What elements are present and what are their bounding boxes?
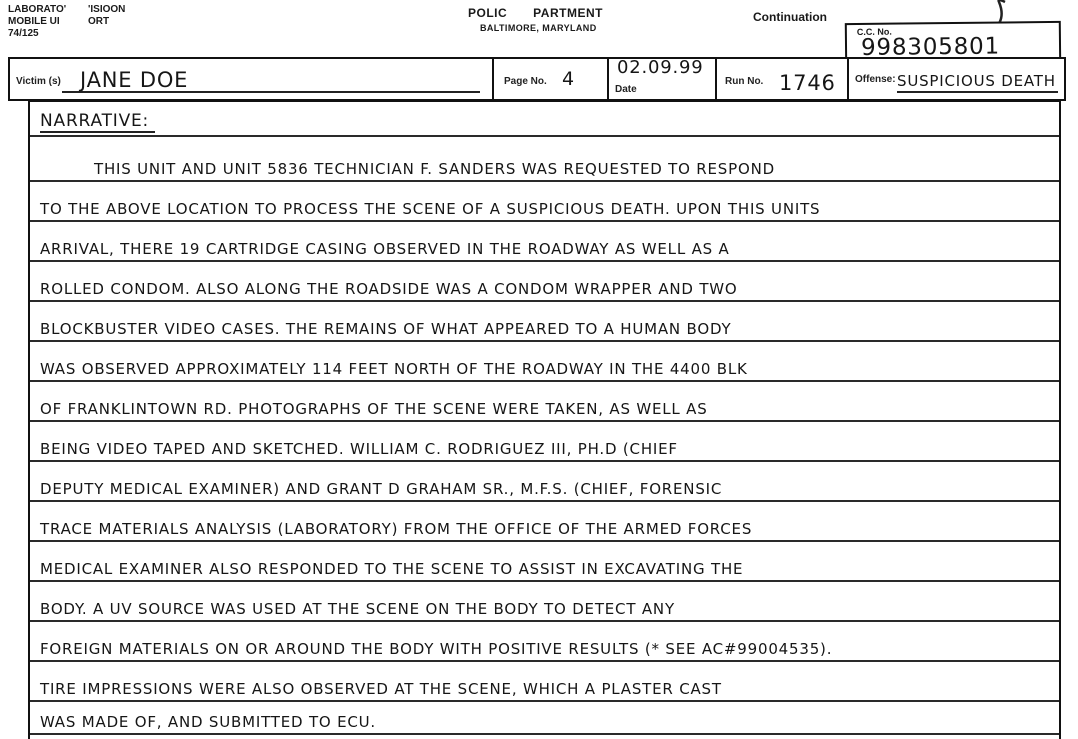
narrative-line: TO THE ABOVE LOCATION TO PROCESS THE SCE… — [30, 182, 1059, 222]
stamp-line: 'ISIOON — [88, 4, 125, 16]
narrative-line: THIS UNIT AND UNIT 5836 TECHNICIAN F. SA… — [30, 137, 1059, 182]
narrative-line: FOREIGN MATERIALS ON OR AROUND THE BODY … — [30, 622, 1059, 662]
narrative-line: WAS OBSERVED APPROXIMATELY 114 FEET NORT… — [30, 342, 1059, 382]
stamp-line: LABORATO' — [8, 4, 66, 16]
department-heading: POLICPARTMENT BALTIMORE, MARYLAND — [468, 6, 603, 33]
victim-cell: Victim (s) JANE DOE — [10, 59, 492, 99]
run-number-cell: Run No. 1746 — [715, 59, 847, 99]
narrative-section: NARRATIVE: THIS UNIT AND UNIT 5836 TECHN… — [28, 100, 1061, 739]
run-number-value: 1746 — [779, 71, 836, 95]
narrative-filler-row — [30, 735, 1059, 739]
form-stamp-left: LABORATO' MOBILE UI 74/125 — [8, 4, 66, 40]
department-title: POLICPARTMENT — [468, 6, 603, 20]
date-value: 02.09.99 — [617, 57, 704, 78]
page-number-label: Page No. — [504, 76, 547, 87]
department-title-left: POLIC — [468, 6, 507, 20]
narrative-line: ARRIVAL, THERE 19 CARTRIDGE CASING OBSER… — [30, 222, 1059, 262]
page-number-cell: Page No. 4 — [492, 59, 607, 99]
stamp-line: 74/125 — [8, 28, 66, 40]
victim-label: Victim (s) — [16, 76, 61, 87]
run-number-label: Run No. — [725, 76, 763, 87]
field-strip: Victim (s) JANE DOE Page No. 4 02.09.99 … — [8, 57, 1066, 101]
page-number-value: 4 — [562, 68, 575, 90]
narrative-line: BODY. A UV SOURCE WAS USED AT THE SCENE … — [30, 582, 1059, 622]
department-subtitle: BALTIMORE, MARYLAND — [480, 23, 603, 33]
stamp-line: ORT — [88, 16, 125, 28]
victim-value: JANE DOE — [80, 68, 188, 92]
narrative-line: BEING VIDEO TAPED AND SKETCHED. WILLIAM … — [30, 422, 1059, 462]
offense-value: SUSPICIOUS DEATH — [897, 72, 1058, 93]
date-cell: 02.09.99 Date — [607, 59, 715, 99]
narrative-line: TIRE IMPRESSIONS WERE ALSO OBSERVED AT T… — [30, 662, 1059, 702]
offense-label: Offense: — [855, 74, 896, 85]
continuation-label: Continuation — [753, 10, 827, 24]
narrative-line: DEPUTY MEDICAL EXAMINER) AND GRANT D GRA… — [30, 462, 1059, 502]
department-title-right: PARTMENT — [533, 6, 603, 20]
date-label: Date — [615, 84, 637, 95]
offense-cell: Offense: SUSPICIOUS DEATH — [847, 59, 1064, 99]
narrative-heading-row: NARRATIVE: — [30, 102, 1059, 137]
narrative-heading: NARRATIVE: — [40, 111, 155, 133]
stamp-line: MOBILE UI — [8, 16, 66, 28]
narrative-line: ROLLED CONDOM. ALSO ALONG THE ROADSIDE W… — [30, 262, 1059, 302]
continuation-report-page: LABORATO' MOBILE UI 74/125 'ISIOON ORT P… — [0, 0, 1078, 739]
narrative-line: WAS MADE OF, AND SUBMITTED TO ECU. — [30, 702, 1059, 735]
narrative-line: TRACE MATERIALS ANALYSIS (LABORATORY) FR… — [30, 502, 1059, 542]
narrative-line: OF FRANKLINTOWN RD. PHOTOGRAPHS OF THE S… — [30, 382, 1059, 422]
narrative-line: MEDICAL EXAMINER ALSO RESPONDED TO THE S… — [30, 542, 1059, 582]
narrative-line: BLOCKBUSTER VIDEO CASES. THE REMAINS OF … — [30, 302, 1059, 342]
form-stamp-left-col2: 'ISIOON ORT — [88, 4, 125, 28]
